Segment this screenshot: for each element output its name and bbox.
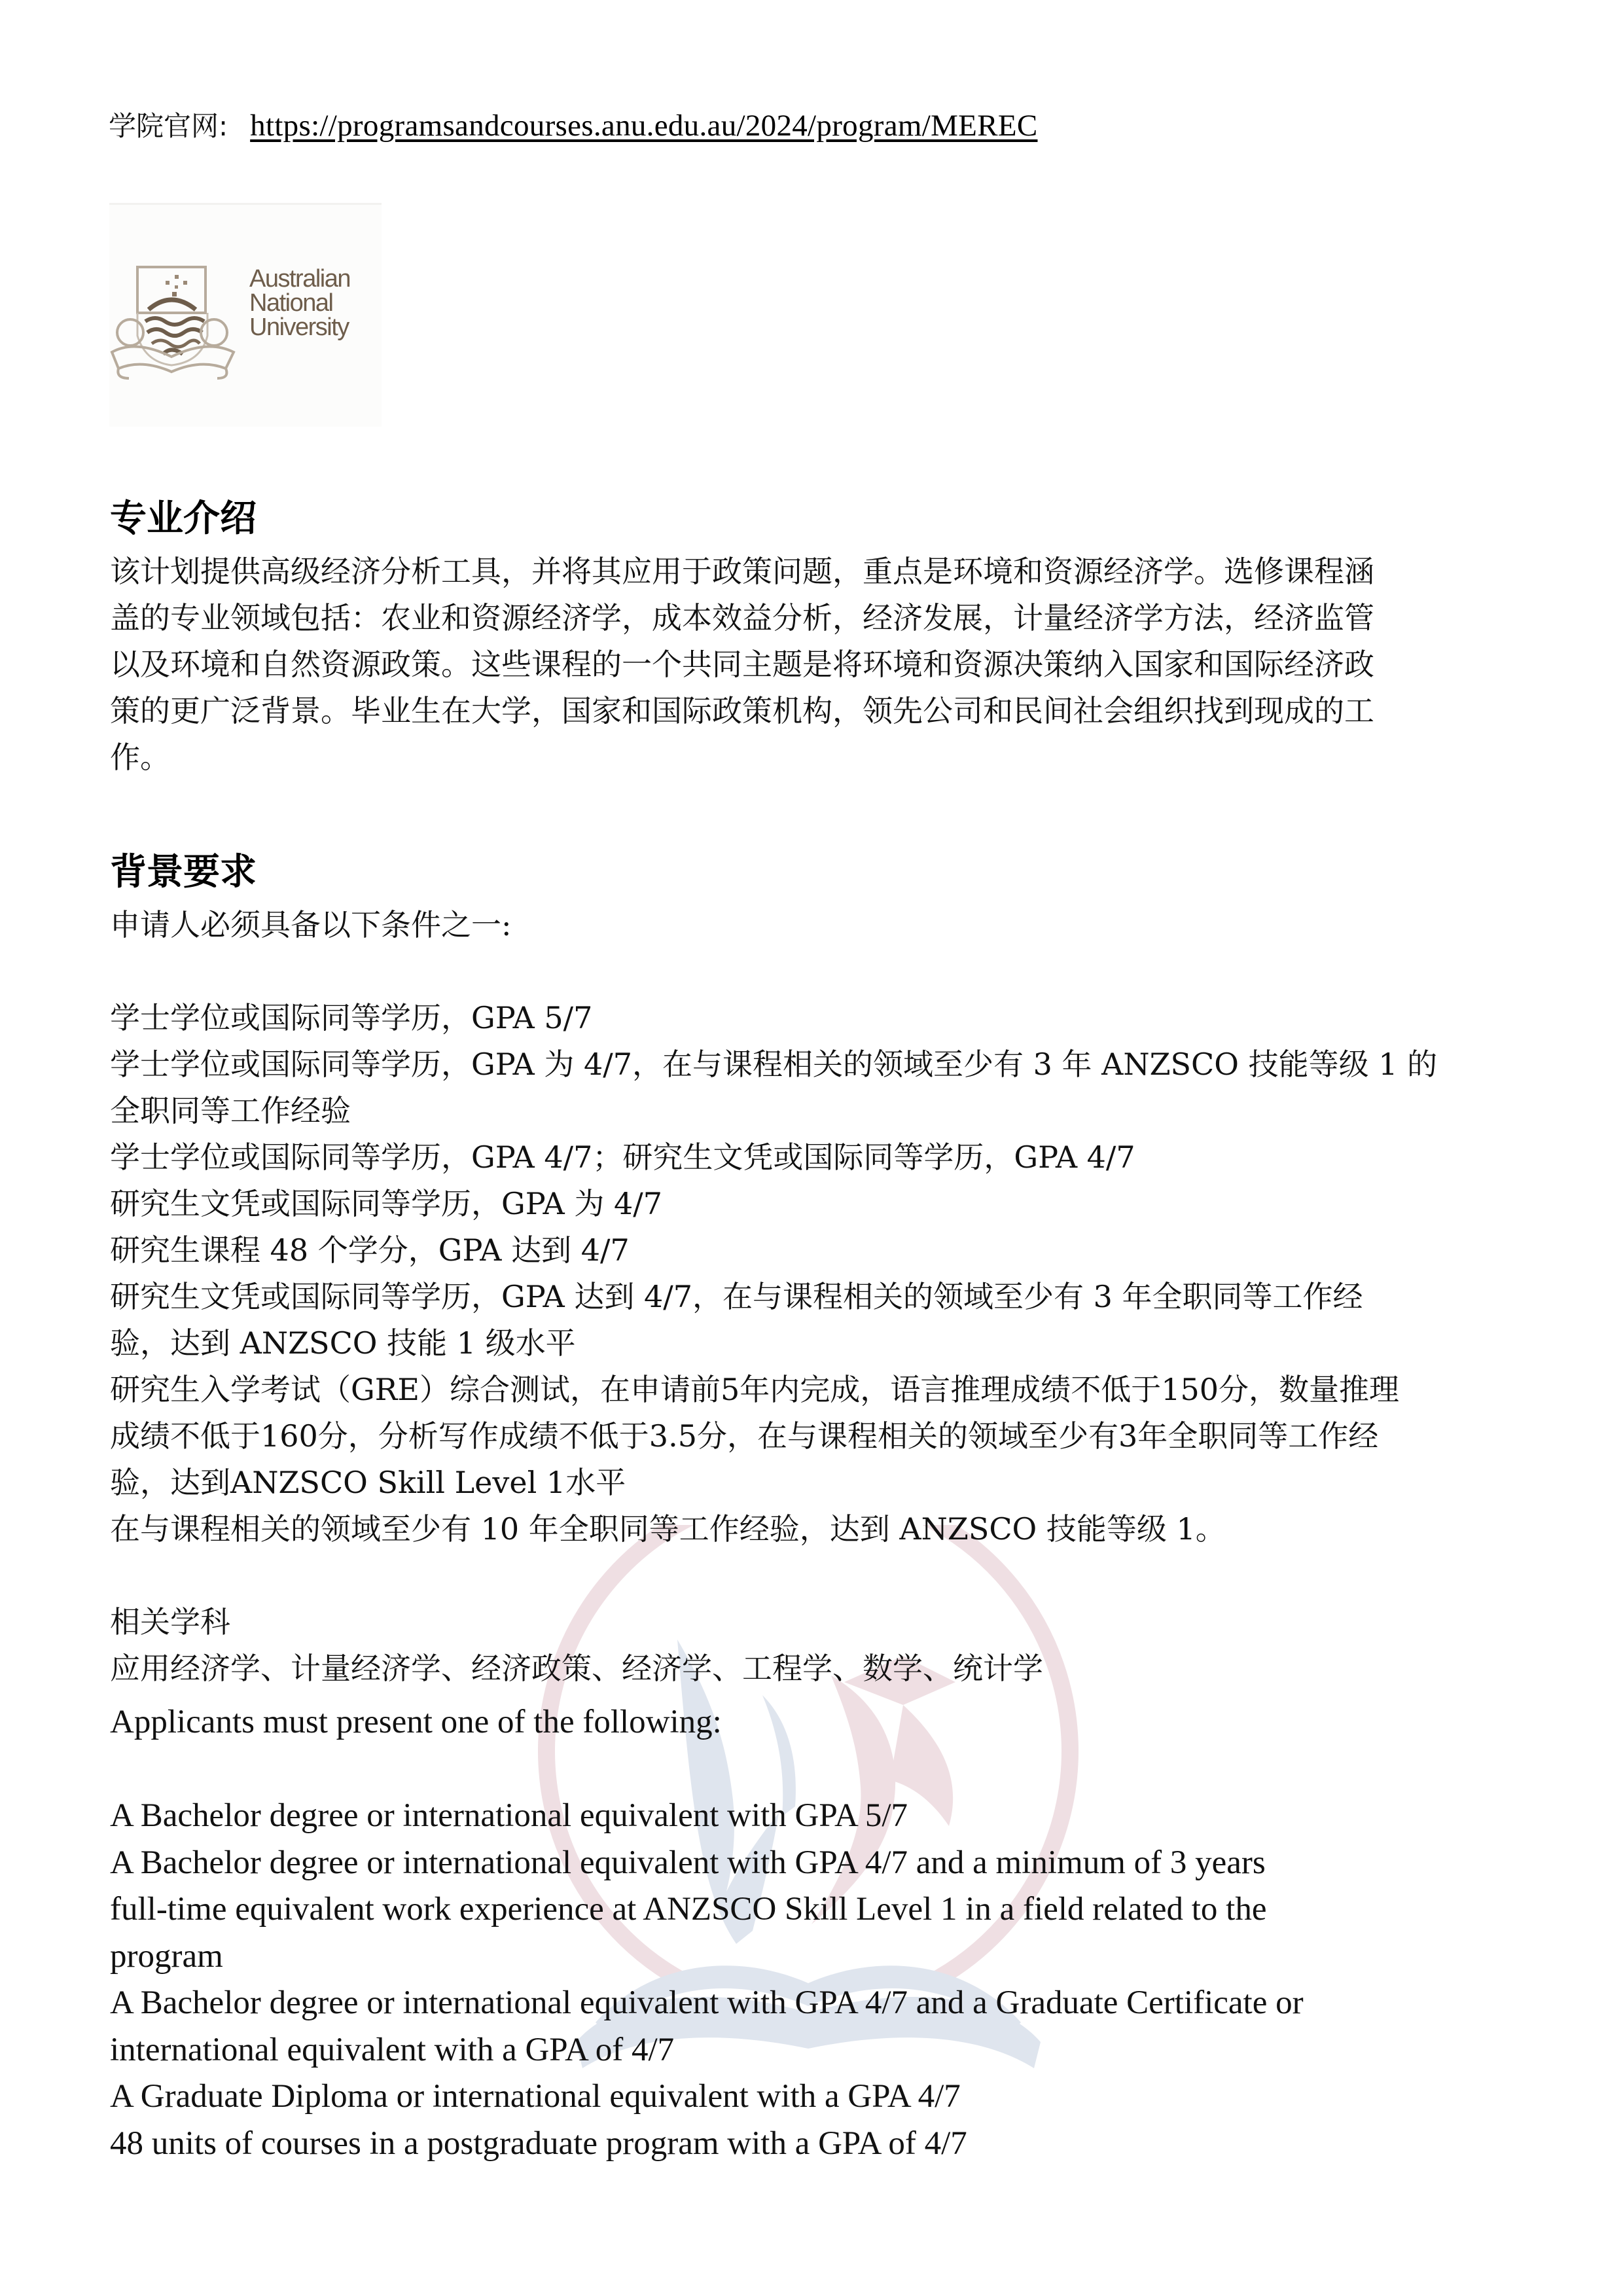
related-subjects-label: 相关学科	[110, 1599, 1537, 1645]
requirement-item-cn: 成绩不低于160分，分析写作成绩不低于3.5分，在与课程相关的领域至少有3年全职…	[110, 1413, 1537, 1460]
requirement-item-cn: 验，达到 ANZSCO 技能 1 级水平	[110, 1320, 1537, 1367]
anu-crest-icon	[109, 205, 240, 429]
paragraph-line: 该计划提供高级经济分析工具，并将其应用于政策问题，重点是环境和资源经济学。选修课…	[110, 548, 1537, 595]
requirement-item-cn: 验，达到ANZSCO Skill Level 1水平	[110, 1460, 1537, 1506]
program-intro-heading: 专业介绍	[110, 495, 1537, 542]
requirement-item-en: A Graduate Diploma or international equi…	[110, 2073, 1537, 2121]
anu-wordmark-line: University	[249, 315, 350, 340]
requirement-item-cn: 学士学位或国际同等学历，GPA 为 4/7，在与课程相关的领域至少有 3 年 A…	[110, 1041, 1537, 1088]
requirement-item-cn: 全职同等工作经验	[110, 1088, 1537, 1134]
program-intro-paragraph: 该计划提供高级经济分析工具，并将其应用于政策问题，重点是环境和资源经济学。选修课…	[110, 548, 1537, 781]
related-subjects-list: 应用经济学、计量经济学、经济政策、经济学、工程学、数学、统计学	[110, 1645, 1537, 1692]
requirement-item-en: international equivalent with a GPA of 4…	[110, 2027, 1537, 2074]
requirement-item-cn: 在与课程相关的领域至少有 10 年全职同等工作经验，达到 ANZSCO 技能等级…	[110, 1506, 1537, 1552]
anu-wordmark-line: National	[249, 291, 350, 315]
spacer	[110, 948, 1537, 995]
paragraph-line: 以及环境和自然资源政策。这些课程的一个共同主题是将环境和资源决策纳入国家和国际经…	[110, 641, 1537, 688]
requirement-item-cn: 研究生入学考试（GRE）综合测试，在申请前5年内完成，语言推理成绩不低于150分…	[110, 1367, 1537, 1413]
program-intro-section: 专业介绍 该计划提供高级经济分析工具，并将其应用于政策问题，重点是环境和资源经济…	[110, 495, 1537, 781]
requirements-intro-cn: 申请人必须具备以下条件之一:	[110, 902, 1537, 948]
anu-wordmark-line: Australian	[249, 267, 350, 291]
requirement-item-cn: 学士学位或国际同等学历，GPA 5/7	[110, 995, 1537, 1041]
anu-wordmark: Australian National University	[249, 267, 350, 340]
requirement-item-en: 48 units of courses in a postgraduate pr…	[110, 2121, 1537, 2168]
paragraph-line: 作。	[110, 734, 1537, 781]
requirement-item-cn: 研究生文凭或国际同等学历，GPA 为 4/7	[110, 1181, 1537, 1227]
spacer	[110, 1552, 1537, 1599]
official-website-link[interactable]: https://programsandcourses.anu.edu.au/20…	[250, 108, 1037, 143]
requirements-en-body: Applicants must present one of the follo…	[110, 1699, 1537, 2167]
spacer	[110, 1746, 1537, 1793]
requirement-item-cn: 学士学位或国际同等学历，GPA 4/7；研究生文凭或国际同等学历，GPA 4/7	[110, 1134, 1537, 1181]
requirements-cn: 申请人必须具备以下条件之一: 学士学位或国际同等学历，GPA 5/7 学士学位或…	[110, 902, 1537, 1692]
requirement-item-en: program	[110, 1933, 1537, 1981]
requirement-item-en: A Bachelor degree or international equiv…	[110, 1793, 1537, 1840]
requirement-item-en: full-time equivalent work experience at …	[110, 1886, 1537, 1933]
document-page: 学院官网: https://programsandcourses.anu.edu…	[0, 0, 1623, 2296]
requirements-en: Applicants must present one of the follo…	[110, 1699, 1537, 2167]
requirement-item-en: A Bachelor degree or international equiv…	[110, 1840, 1537, 1887]
requirement-item-en: A Bachelor degree or international equiv…	[110, 1980, 1537, 2027]
requirements-intro-en: Applicants must present one of the follo…	[110, 1699, 1537, 1746]
requirement-item-cn: 研究生课程 48 个学分，GPA 达到 4/7	[110, 1227, 1537, 1274]
official-website-label: 学院官网:	[109, 105, 228, 144]
paragraph-line: 盖的专业领域包括：农业和资源经济学，成本效益分析，经济发展，计量经济学方法，经济…	[110, 595, 1537, 641]
official-website-row: 学院官网: https://programsandcourses.anu.edu…	[109, 105, 1038, 151]
requirement-item-cn: 研究生文凭或国际同等学历，GPA 达到 4/7，在与课程相关的领域至少有 3 年…	[110, 1274, 1537, 1320]
anu-logo: Australian National University	[109, 203, 382, 427]
paragraph-line: 策的更广泛背景。毕业生在大学，国家和国际政策机构，领先公司和民间社会组织找到现成…	[110, 688, 1537, 734]
requirements-section: 背景要求 申请人必须具备以下条件之一: 学士学位或国际同等学历，GPA 5/7 …	[110, 848, 1537, 1692]
requirements-heading: 背景要求	[110, 848, 1537, 895]
